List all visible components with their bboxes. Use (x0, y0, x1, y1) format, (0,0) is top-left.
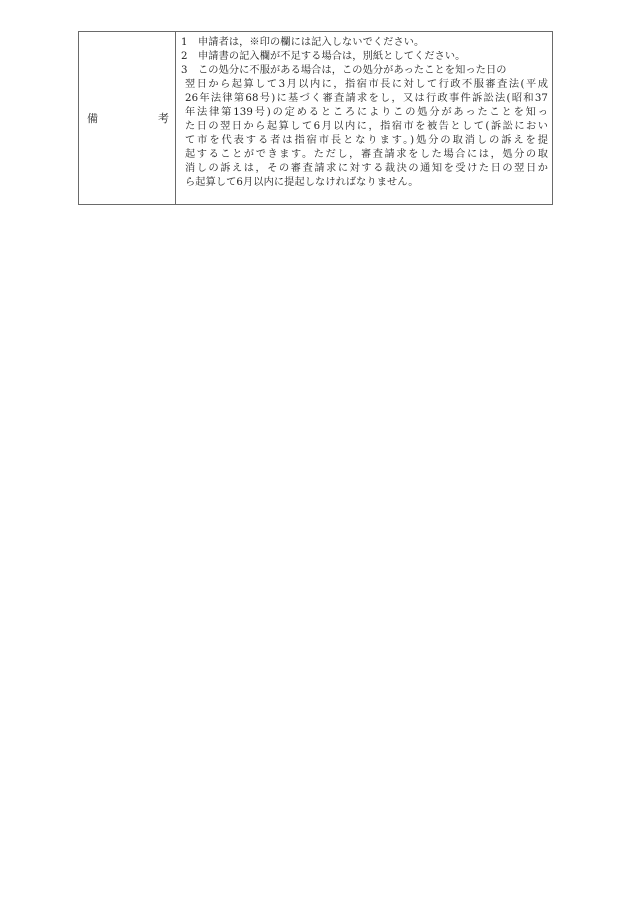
note-3: 3この処分に不服がある場合は，この処分があったことを知った日の (181, 64, 548, 78)
remarks-content-cell: 1申請者は，※印の欄には記入しないでください。 2申請書の記入欄が不足する場合は… (176, 32, 552, 204)
note-1: 1申請者は，※印の欄には記入しないでください。 (181, 36, 548, 50)
note-3-line-7: 起することができます。ただし，審査請求をした場合には，処分の取 (181, 148, 548, 162)
note-3-line-8: 消しの訴えは，その審査請求に対する裁決の通知を受けた日の翌日か (181, 162, 548, 176)
note-text: 申請者は，※印の欄には記入しないでください。 (198, 37, 424, 48)
note-3-line-2: 翌日から起算して3月以内に，指宿市長に対して行政不服審査法(平成 (181, 78, 548, 92)
note-3-line-9: ら起算して6月以内に提起しなければなりません。 (181, 176, 548, 190)
note-3-line-4: 年法律第139号)の定めるところによりこの処分があったことを知っ (181, 106, 548, 120)
note-number: 3 (181, 64, 198, 78)
note-2: 2申請書の記入欄が不足する場合は，別紙としてください。 (181, 50, 548, 64)
note-text: 申請書の記入欄が不足する場合は，別紙としてください。 (198, 51, 465, 62)
remarks-label-right: 考 (158, 110, 169, 126)
remarks-label-left: 備 (87, 110, 98, 126)
note-number: 2 (181, 50, 198, 64)
note-3-line-5: た日の翌日から起算して6月以内に，指宿市を被告として(訴訟におい (181, 120, 548, 134)
note-number: 1 (181, 36, 198, 50)
note-text: この処分に不服がある場合は，この処分があったことを知った日の (198, 65, 507, 76)
remarks-label-cell: 備 考 (79, 32, 176, 204)
note-3-line-3: 26年法律第68号)に基づく審査請求をし，又は行政事件訴訟法(昭和37 (181, 92, 548, 106)
remarks-table: 備 考 1申請者は，※印の欄には記入しないでください。 2申請書の記入欄が不足す… (78, 31, 553, 205)
note-3-line-6: て市を代表する者は指宿市長となります。)処分の取消しの訴えを提 (181, 134, 548, 148)
